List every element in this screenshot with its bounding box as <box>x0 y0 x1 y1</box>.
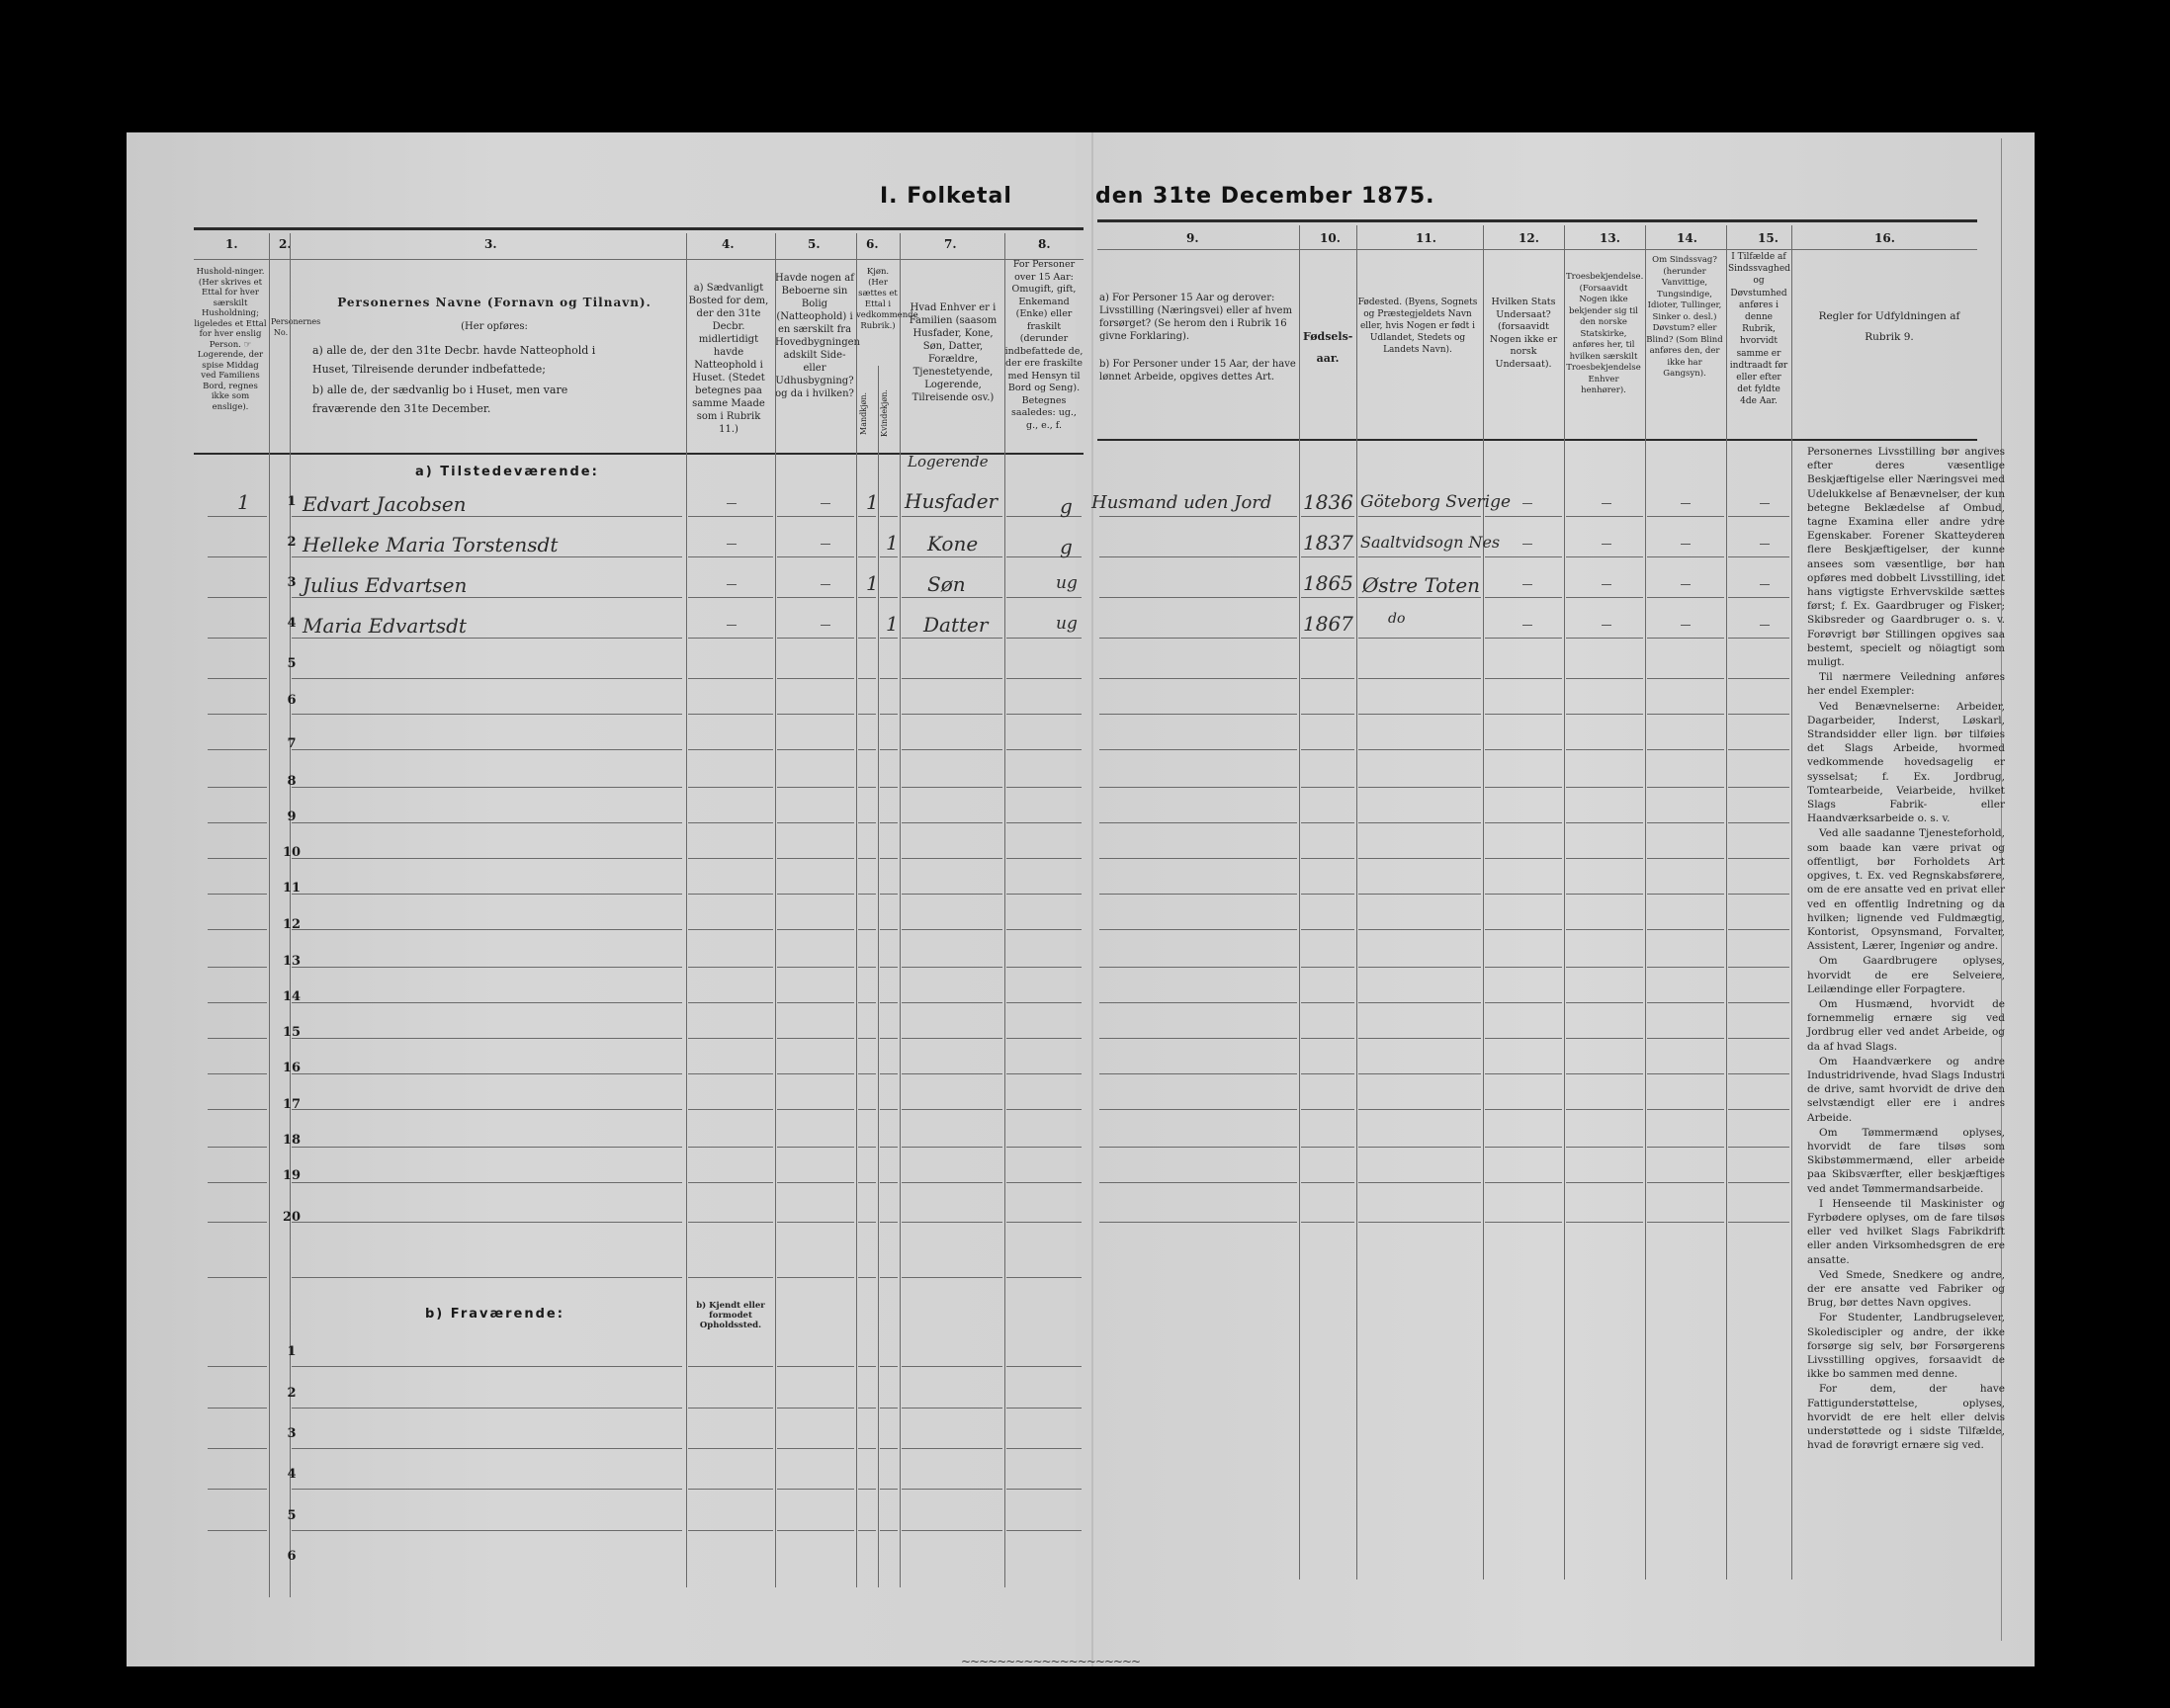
row-line <box>1358 749 1481 750</box>
row-line <box>777 1109 854 1110</box>
row-line <box>880 597 898 598</box>
ditto-dash <box>727 584 737 585</box>
row-line <box>858 1448 876 1449</box>
row-line <box>1647 1002 1724 1003</box>
row-line <box>1006 1408 1082 1409</box>
row-line <box>1099 1109 1297 1110</box>
row-line <box>858 1038 876 1039</box>
row-line <box>1728 967 1789 968</box>
header-disability: Om Sindssvag? (herunder Vanvittige, Tung… <box>1645 255 1724 381</box>
row-line <box>880 678 898 679</box>
colnum-12: 12. <box>1519 231 1539 245</box>
row-line <box>858 1366 876 1367</box>
row-line <box>880 1182 898 1183</box>
person-3-name: Julius Edvartsen <box>303 573 467 597</box>
rules-paragraph: Personernes Livsstilling bør angives eft… <box>1807 445 2005 669</box>
row-line <box>1358 1038 1481 1039</box>
ditto-dash <box>1602 544 1611 545</box>
row-line <box>1485 1073 1562 1074</box>
header-birth-year: Fødsels-aar. <box>1303 326 1352 370</box>
row-line <box>208 1366 267 1367</box>
row-line <box>902 638 1002 639</box>
section-present: a) Tilstedeværende: <box>415 465 599 479</box>
ditto-dash <box>1760 584 1770 585</box>
row-line <box>1485 1109 1562 1110</box>
rules-paragraph: For Studenter, Landbrugselever, Skoledis… <box>1807 1311 2005 1381</box>
colnum-7: 7. <box>944 237 957 251</box>
row-line <box>1006 822 1082 823</box>
person-1-marital: g <box>1060 494 1073 518</box>
row-line <box>1566 1182 1643 1183</box>
row-line <box>292 1109 682 1110</box>
row-number: 2 <box>280 535 304 550</box>
row-line <box>902 1002 1002 1003</box>
ditto-dash <box>1602 584 1611 585</box>
row-line <box>292 822 682 823</box>
row-line <box>688 1489 773 1490</box>
person-1-relation-note: Logerende <box>908 453 989 470</box>
row-line <box>1566 929 1643 930</box>
row-line <box>902 597 1002 598</box>
row-line <box>688 678 773 679</box>
row-line <box>777 1147 854 1148</box>
row-line <box>902 1530 1002 1531</box>
row-line <box>208 1182 267 1183</box>
row-line <box>1358 714 1481 715</box>
row-number: 15 <box>280 1025 304 1040</box>
col-divider <box>686 233 687 1587</box>
row-line <box>902 929 1002 930</box>
row-line <box>688 1530 773 1531</box>
row-line <box>1647 1222 1724 1223</box>
row-line <box>1358 1182 1481 1183</box>
row-line <box>1728 749 1789 750</box>
row-line <box>292 1073 682 1074</box>
row-line <box>880 749 898 750</box>
col-divider <box>1726 225 1727 1580</box>
col-divider <box>1483 225 1484 1580</box>
row-line <box>688 1073 773 1074</box>
colnum-6: 6. <box>866 237 879 251</box>
row-line <box>880 1448 898 1449</box>
row-line <box>1566 894 1643 895</box>
person-2-relation: Kone <box>927 532 978 555</box>
row-line <box>1099 1038 1297 1039</box>
row-line <box>208 787 267 788</box>
row-line <box>1485 1182 1562 1183</box>
ditto-dash <box>1681 503 1691 504</box>
row-number: 18 <box>280 1133 304 1148</box>
row-line <box>902 678 1002 679</box>
row-line <box>1301 714 1354 715</box>
person-2-marital: g <box>1060 535 1073 558</box>
row-line <box>1006 929 1082 930</box>
row-line <box>1358 967 1481 968</box>
row-line <box>1006 894 1082 895</box>
top-rule-right <box>1097 219 1977 222</box>
row-line <box>858 1002 876 1003</box>
row-line <box>1566 858 1643 859</box>
col-divider <box>269 233 270 1597</box>
row-line <box>208 749 267 750</box>
row-line <box>1485 822 1562 823</box>
row-line <box>1647 894 1724 895</box>
row-line <box>1099 1147 1297 1148</box>
row-line <box>292 1182 682 1183</box>
rules-paragraph: Ved Smede, Snedkere og andre, der ere an… <box>1807 1268 2005 1311</box>
colnum-13: 13. <box>1600 231 1620 245</box>
row-line <box>208 1408 267 1409</box>
person-3-birthplace: Østre Toten <box>1362 573 1480 597</box>
row-number: 19 <box>280 1168 304 1183</box>
colnum-14: 14. <box>1677 231 1697 245</box>
header-rules: Regler for Udfyldningen af Rubrik 9. <box>1805 306 1973 348</box>
row-line <box>777 1222 854 1223</box>
row-line <box>880 1038 898 1039</box>
row-line <box>777 749 854 750</box>
row-line <box>777 714 854 715</box>
row-line <box>1728 822 1789 823</box>
header-birthplace: Fødested. (Byens, Sognets og Præstegjeld… <box>1356 297 1479 356</box>
row-line <box>858 1277 876 1278</box>
row-line <box>777 858 854 859</box>
row-line <box>858 1489 876 1490</box>
row-line <box>1006 638 1082 639</box>
row-line <box>292 1038 682 1039</box>
row-line <box>858 1147 876 1148</box>
row-line <box>1728 1002 1789 1003</box>
row-line <box>1728 516 1789 517</box>
ditto-dash <box>1760 544 1770 545</box>
row-line <box>1099 967 1297 968</box>
row-line <box>1566 556 1643 557</box>
ditto-dash <box>727 544 737 545</box>
row-line <box>292 638 682 639</box>
row-line <box>1006 1277 1082 1278</box>
row-line <box>688 597 773 598</box>
row-line <box>902 1147 1002 1148</box>
row-line <box>208 638 267 639</box>
row-line <box>1099 894 1297 895</box>
ditto-dash <box>1760 625 1770 626</box>
row-line <box>902 1073 1002 1074</box>
row-line <box>880 1073 898 1074</box>
row-line <box>1358 1109 1481 1110</box>
person-2-birth-year: 1837 <box>1303 531 1353 555</box>
colnum-3: 3. <box>484 237 497 251</box>
header-bottom-rule-right <box>1097 439 1977 441</box>
row-number: 17 <box>280 1097 304 1112</box>
row-line <box>292 597 682 598</box>
row-number-absent: 4 <box>280 1467 304 1482</box>
row-line <box>292 1408 682 1409</box>
col-divider <box>1645 225 1646 1580</box>
row-number: 8 <box>280 774 304 789</box>
row-line <box>688 787 773 788</box>
row-line <box>1006 1147 1082 1148</box>
row-line <box>292 1002 682 1003</box>
header-sex-female: Kvindekjøn. <box>879 384 897 443</box>
row-line <box>1006 1530 1082 1531</box>
row-line <box>1006 1489 1082 1490</box>
row-line <box>777 678 854 679</box>
row-line <box>902 749 1002 750</box>
row-line <box>902 1448 1002 1449</box>
row-line <box>1647 967 1724 968</box>
colnum-10: 10. <box>1320 231 1341 245</box>
row-line <box>858 1073 876 1074</box>
row-number: 5 <box>280 656 304 671</box>
row-number: 13 <box>280 954 304 969</box>
ditto-dash <box>1602 625 1611 626</box>
section-absent-residence: b) Kjendt eller formodet Opholdssted. <box>690 1301 771 1330</box>
row-line <box>1566 967 1643 968</box>
row-line <box>880 714 898 715</box>
row-line <box>1301 1073 1354 1074</box>
row-line <box>777 1448 854 1449</box>
row-line <box>1647 822 1724 823</box>
row-line <box>1566 1109 1643 1110</box>
row-line <box>208 597 267 598</box>
row-line <box>1485 749 1562 750</box>
row-line <box>880 894 898 895</box>
row-line <box>777 822 854 823</box>
row-line <box>1006 749 1082 750</box>
row-line <box>292 1222 682 1223</box>
row-number-absent: 5 <box>280 1508 304 1523</box>
row-line <box>858 967 876 968</box>
row-line <box>1301 1109 1354 1110</box>
row-line <box>1647 787 1724 788</box>
row-line <box>1006 858 1082 859</box>
row-line <box>858 556 876 557</box>
row-line <box>902 858 1002 859</box>
row-line <box>902 1109 1002 1110</box>
row-line <box>1358 1147 1481 1148</box>
colnum-1: 1. <box>225 237 238 251</box>
row-line <box>858 749 876 750</box>
row-number: 7 <box>280 736 304 751</box>
row-line <box>1358 678 1481 679</box>
person-2-name: Helleke Maria Torstensdt <box>303 533 558 556</box>
row-line <box>688 556 773 557</box>
row-line <box>858 858 876 859</box>
col-divider <box>775 233 776 1587</box>
row-line <box>292 894 682 895</box>
row-line <box>1099 822 1297 823</box>
row-number-absent: 2 <box>280 1386 304 1401</box>
row-line <box>1647 858 1724 859</box>
row-line <box>777 1530 854 1531</box>
ditto-dash <box>727 625 737 626</box>
row-line <box>777 929 854 930</box>
row-line <box>1566 1147 1643 1148</box>
row-line <box>208 1073 267 1074</box>
row-line <box>208 556 267 557</box>
row-line <box>1566 1038 1643 1039</box>
header-person-no: Personernes No. <box>271 316 291 338</box>
person-2-birthplace: Saaltvidsogn Nes <box>1360 533 1500 552</box>
header-sex-male: Mandkjøn. <box>858 384 876 443</box>
row-line <box>1485 1147 1562 1148</box>
rules-paragraph: Om Gaardbrugere oplyses, hvorvidt de ere… <box>1807 954 2005 996</box>
row-line <box>292 749 682 750</box>
row-line <box>858 597 876 598</box>
row-line <box>1728 638 1789 639</box>
row-line <box>208 967 267 968</box>
header-marital: For Personer over 15 Aar: Omugift, gift,… <box>1004 259 1084 432</box>
row-line <box>688 1182 773 1183</box>
row-line <box>858 787 876 788</box>
row-line <box>688 1366 773 1367</box>
row-number: 14 <box>280 989 304 1004</box>
row-line <box>292 678 682 679</box>
row-line <box>1485 597 1562 598</box>
ditto-dash <box>821 544 830 545</box>
row-line <box>688 1448 773 1449</box>
row-line <box>1485 787 1562 788</box>
row-line <box>858 638 876 639</box>
colnum-9: 9. <box>1186 231 1199 245</box>
colnum-15: 15. <box>1758 231 1779 245</box>
row-line <box>1301 1002 1354 1003</box>
row-line <box>1301 787 1354 788</box>
person-3-male: 1 <box>866 571 879 595</box>
header-names-title: Personernes Navne (Fornavn og Tilnavn). <box>326 297 662 308</box>
row-line <box>1485 638 1562 639</box>
row-line <box>1485 894 1562 895</box>
row-line <box>208 1109 267 1110</box>
row-line <box>1006 1109 1082 1110</box>
row-line <box>1647 638 1724 639</box>
row-line <box>1566 1073 1643 1074</box>
row-line <box>1728 1147 1789 1148</box>
row-line <box>1566 749 1643 750</box>
col-divider <box>1299 225 1300 1580</box>
row-line <box>902 787 1002 788</box>
ditto-dash <box>1522 584 1532 585</box>
row-line <box>880 1366 898 1367</box>
row-line <box>858 1109 876 1110</box>
row-line <box>292 967 682 968</box>
row-number: 4 <box>280 616 304 631</box>
row-line <box>208 516 267 517</box>
title-date: den 31te December 1875. <box>1095 184 1435 209</box>
row-line <box>858 1222 876 1223</box>
col-divider <box>1791 225 1792 1580</box>
person-2-female: 1 <box>886 531 899 555</box>
row-line <box>1301 894 1354 895</box>
row-line <box>208 678 267 679</box>
row-line <box>688 638 773 639</box>
page-fold <box>1091 132 1093 1666</box>
col-divider <box>900 233 901 1587</box>
row-line <box>208 1002 267 1003</box>
header-usual-residence: a) Sædvanligt Bosted for dem, der den 31… <box>686 282 771 436</box>
row-line <box>1006 1073 1082 1074</box>
row-line <box>1566 678 1643 679</box>
row-line <box>858 1408 876 1409</box>
row-line <box>292 556 682 557</box>
row-line <box>1301 967 1354 968</box>
row-number: 9 <box>280 810 304 824</box>
row-line <box>1647 929 1724 930</box>
row-line <box>1006 1448 1082 1449</box>
row-line <box>880 1109 898 1110</box>
col-divider <box>856 233 857 1587</box>
row-line <box>1728 714 1789 715</box>
row-line <box>880 556 898 557</box>
row-line <box>208 858 267 859</box>
row-line <box>777 1038 854 1039</box>
row-line <box>902 1182 1002 1183</box>
row-line <box>1728 678 1789 679</box>
row-line <box>1647 597 1724 598</box>
row-line <box>777 1366 854 1367</box>
row-line <box>902 1408 1002 1409</box>
row-line <box>1728 894 1789 895</box>
row-line <box>1485 516 1562 517</box>
row-line <box>880 1530 898 1531</box>
row-line <box>777 1408 854 1409</box>
row-line <box>1728 1222 1789 1223</box>
row-line <box>902 1489 1002 1490</box>
row-line <box>777 894 854 895</box>
row-line <box>688 822 773 823</box>
row-line <box>208 1489 267 1490</box>
row-line <box>1647 678 1724 679</box>
row-line <box>1006 1222 1082 1223</box>
row-line <box>688 929 773 930</box>
row-line <box>880 787 898 788</box>
row-line <box>688 1277 773 1278</box>
bottom-signature-scrawl: ~~~~~~~~~~~~~~~~~~~~ <box>961 1655 1238 1665</box>
row-line <box>902 822 1002 823</box>
row-line <box>902 894 1002 895</box>
row-line <box>880 1277 898 1278</box>
row-line <box>208 714 267 715</box>
row-line <box>1647 1182 1724 1183</box>
header-names-sub: (Her opføres: <box>395 321 593 333</box>
row-line <box>777 787 854 788</box>
row-line <box>1099 787 1297 788</box>
ditto-dash <box>1681 625 1691 626</box>
person-1-birth-year: 1836 <box>1303 490 1353 514</box>
row-line <box>688 1408 773 1409</box>
row-line <box>1358 822 1481 823</box>
row-line <box>1301 597 1354 598</box>
rules-for-column-9: Personernes Livsstilling bør angives eft… <box>1807 445 2005 1453</box>
row-line <box>1485 714 1562 715</box>
row-line <box>1728 1182 1789 1183</box>
row-line <box>1358 1002 1481 1003</box>
row-line <box>292 1489 682 1490</box>
row-line <box>858 1182 876 1183</box>
household-number: 1 <box>237 490 250 514</box>
row-line <box>688 894 773 895</box>
header-names-b: b) alle de, der sædvanlig bo i Huset, me… <box>312 381 629 418</box>
row-line <box>1301 858 1354 859</box>
row-line <box>1647 516 1724 517</box>
row-line <box>1485 556 1562 557</box>
ditto-dash <box>821 625 830 626</box>
row-line <box>292 1366 682 1367</box>
row-line <box>858 822 876 823</box>
row-line <box>1099 749 1297 750</box>
row-line <box>902 1222 1002 1223</box>
row-line <box>777 967 854 968</box>
row-line <box>902 556 1002 557</box>
